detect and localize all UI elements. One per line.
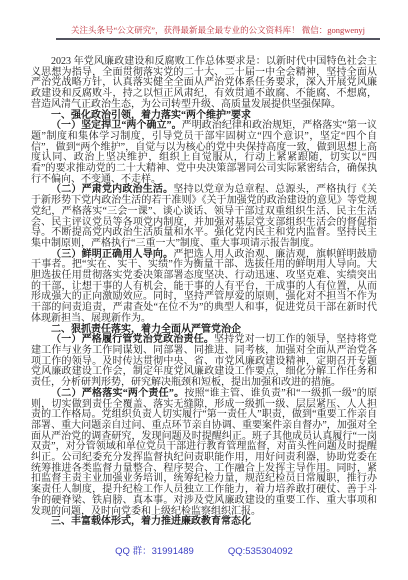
paragraph-text: 2023 年党风廉政建设和反腐败工作总体要求是：以新时代中国特色社会主义思想为指… <box>31 56 377 110</box>
paragraph-intro: 2023 年党风廉政建设和反腐败工作总体要求是：以新时代中国特色社会主义思想为指… <box>31 57 377 111</box>
document-body: 2023 年党风廉政建设和反腐败工作总体要求是：以新时代中国特色社会主义思想为指… <box>31 57 377 528</box>
paragraph-1-1: （一）坚定捍卫“两个确立”。严明政治纪律和政治规矩，严格落实“第一议题”制度和集… <box>31 121 377 185</box>
section-heading-text: 三、丰富载体形式，着力推进廉政教育常态化 <box>51 516 251 527</box>
paragraph-lead: （二）严肃党内政治生活。 <box>51 184 173 195</box>
paragraph-text: 坚持以党章为总章程、总源头，严格执行《关于新形势下党内政治生活的若干准则》《关于… <box>31 184 377 249</box>
paragraph-2-2: （二）严格落实“两个责任”。按照“谁主管、谁负责”和“一级抓一级”的原则，切实做… <box>31 389 377 517</box>
paragraph-text: 严把选人用人政治观、廉洁观，旗帜鲜明鼓励干事者。把“实在、实干、实绩”作为衡量干… <box>31 249 377 324</box>
section-heading-text: 二、狠抓责任落实，着力全面从严管党治企 <box>51 324 241 335</box>
section-heading-3: 三、丰富载体形式，着力推进廉政教育常态化 <box>31 517 377 528</box>
qq-number: QQ:535304092 <box>228 546 293 557</box>
paragraph-lead: （一）严格履行管党治党政治责任。 <box>51 334 214 345</box>
paragraph-1-3: （三）鲜明正确用人导向。严把选人用人政治观、廉洁观，旗帜鲜明鼓励干事者。把“实在… <box>31 250 377 325</box>
document-page: 关注头条号“公文研究”，获得最新最全最专业的公文资料库！ 微信：gongweny… <box>0 0 408 580</box>
header-banner-text: 关注头条号“公文研究”，获得最新最全最专业的公文资料库！ 微信：gongweny… <box>71 25 365 35</box>
paragraph-lead: （一）坚定捍卫“两个确立”。 <box>51 120 182 131</box>
header-banner: 关注头条号“公文研究”，获得最新最全最专业的公文资料库！ 微信：gongweny… <box>56 24 380 40</box>
footer-contacts: QQ 群：31991489QQ:535304092 <box>0 546 408 558</box>
paragraph-lead: （二）严格落实“两个责任”。 <box>51 388 184 399</box>
section-heading-text: 一、强化政治引领，着力落实“两个维护”要求 <box>51 110 251 121</box>
qq-group-number: QQ 群：31991489 <box>115 546 194 557</box>
paragraph-lead: （三）鲜明正确用人导向。 <box>51 249 173 260</box>
paragraph-1-2: （二）严肃党内政治生活。坚持以党章为总章程、总源头，严格执行《关于新形势下党内政… <box>31 185 377 249</box>
paragraph-text: 按照“谁主管、谁负责”和“一级抓一级”的原则，切实做到责任全覆盖、落实无缝隙，形… <box>31 388 377 517</box>
paragraph-2-1: （一）严格履行管党治党政治责任。坚持党对一切工作的领导，坚持将党建工作与业务工作… <box>31 335 377 389</box>
